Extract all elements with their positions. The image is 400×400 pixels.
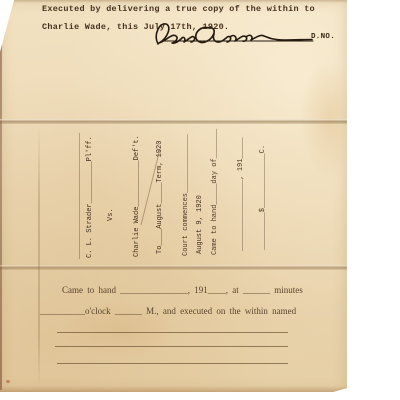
docket-fee-line: _________$_____________C.	[258, 134, 268, 250]
docket-blank-line: ______________________________	[73, 131, 83, 259]
paper-bottom-edge-shadow	[0, 386, 347, 392]
docket-court-commences-line: Court commences______________	[181, 132, 191, 256]
docket-term-line: To____August_____Term, 1920	[155, 136, 165, 254]
paper-speck	[6, 380, 10, 383]
fold-crease-bottom	[0, 265, 347, 270]
blank-rule-line	[55, 346, 288, 347]
docket-plaintiff-line: C. L. Strader__________Pl'ff.	[85, 132, 95, 258]
blank-rule-line	[57, 363, 288, 364]
blank-rule-line	[57, 332, 288, 333]
vertical-crease	[38, 126, 40, 388]
folded-corner-edge	[0, 0, 13, 51]
executed-note-line-1: Executed by delivering a true copy of th…	[42, 4, 315, 14]
docket-came-to-hand-line: Came to hand_____day of_______	[210, 129, 220, 255]
scanned-document: Executed by delivering a true copy of th…	[0, 0, 400, 400]
paper-sheet: Executed by delivering a true copy of th…	[0, 0, 347, 392]
service-form-line-2: __________o'clock ______ M., and execute…	[40, 306, 296, 316]
officer-suffix-label: D.NO.	[311, 33, 335, 41]
service-form-line-1: Came to hand _______________, 191____, a…	[62, 285, 303, 295]
docket-vs-label: Vs.	[106, 205, 116, 221]
docket-court-date: August 9, 1920	[195, 194, 205, 254]
docket-year-line: _________________, 191_____	[236, 139, 246, 251]
paper-top-edge-shadow	[14, 0, 347, 3]
docket-defendant-line: Charlie Wade___________Def't.	[132, 133, 142, 257]
fold-crease-top	[0, 119, 347, 124]
paper-left-edge	[0, 6, 2, 390]
